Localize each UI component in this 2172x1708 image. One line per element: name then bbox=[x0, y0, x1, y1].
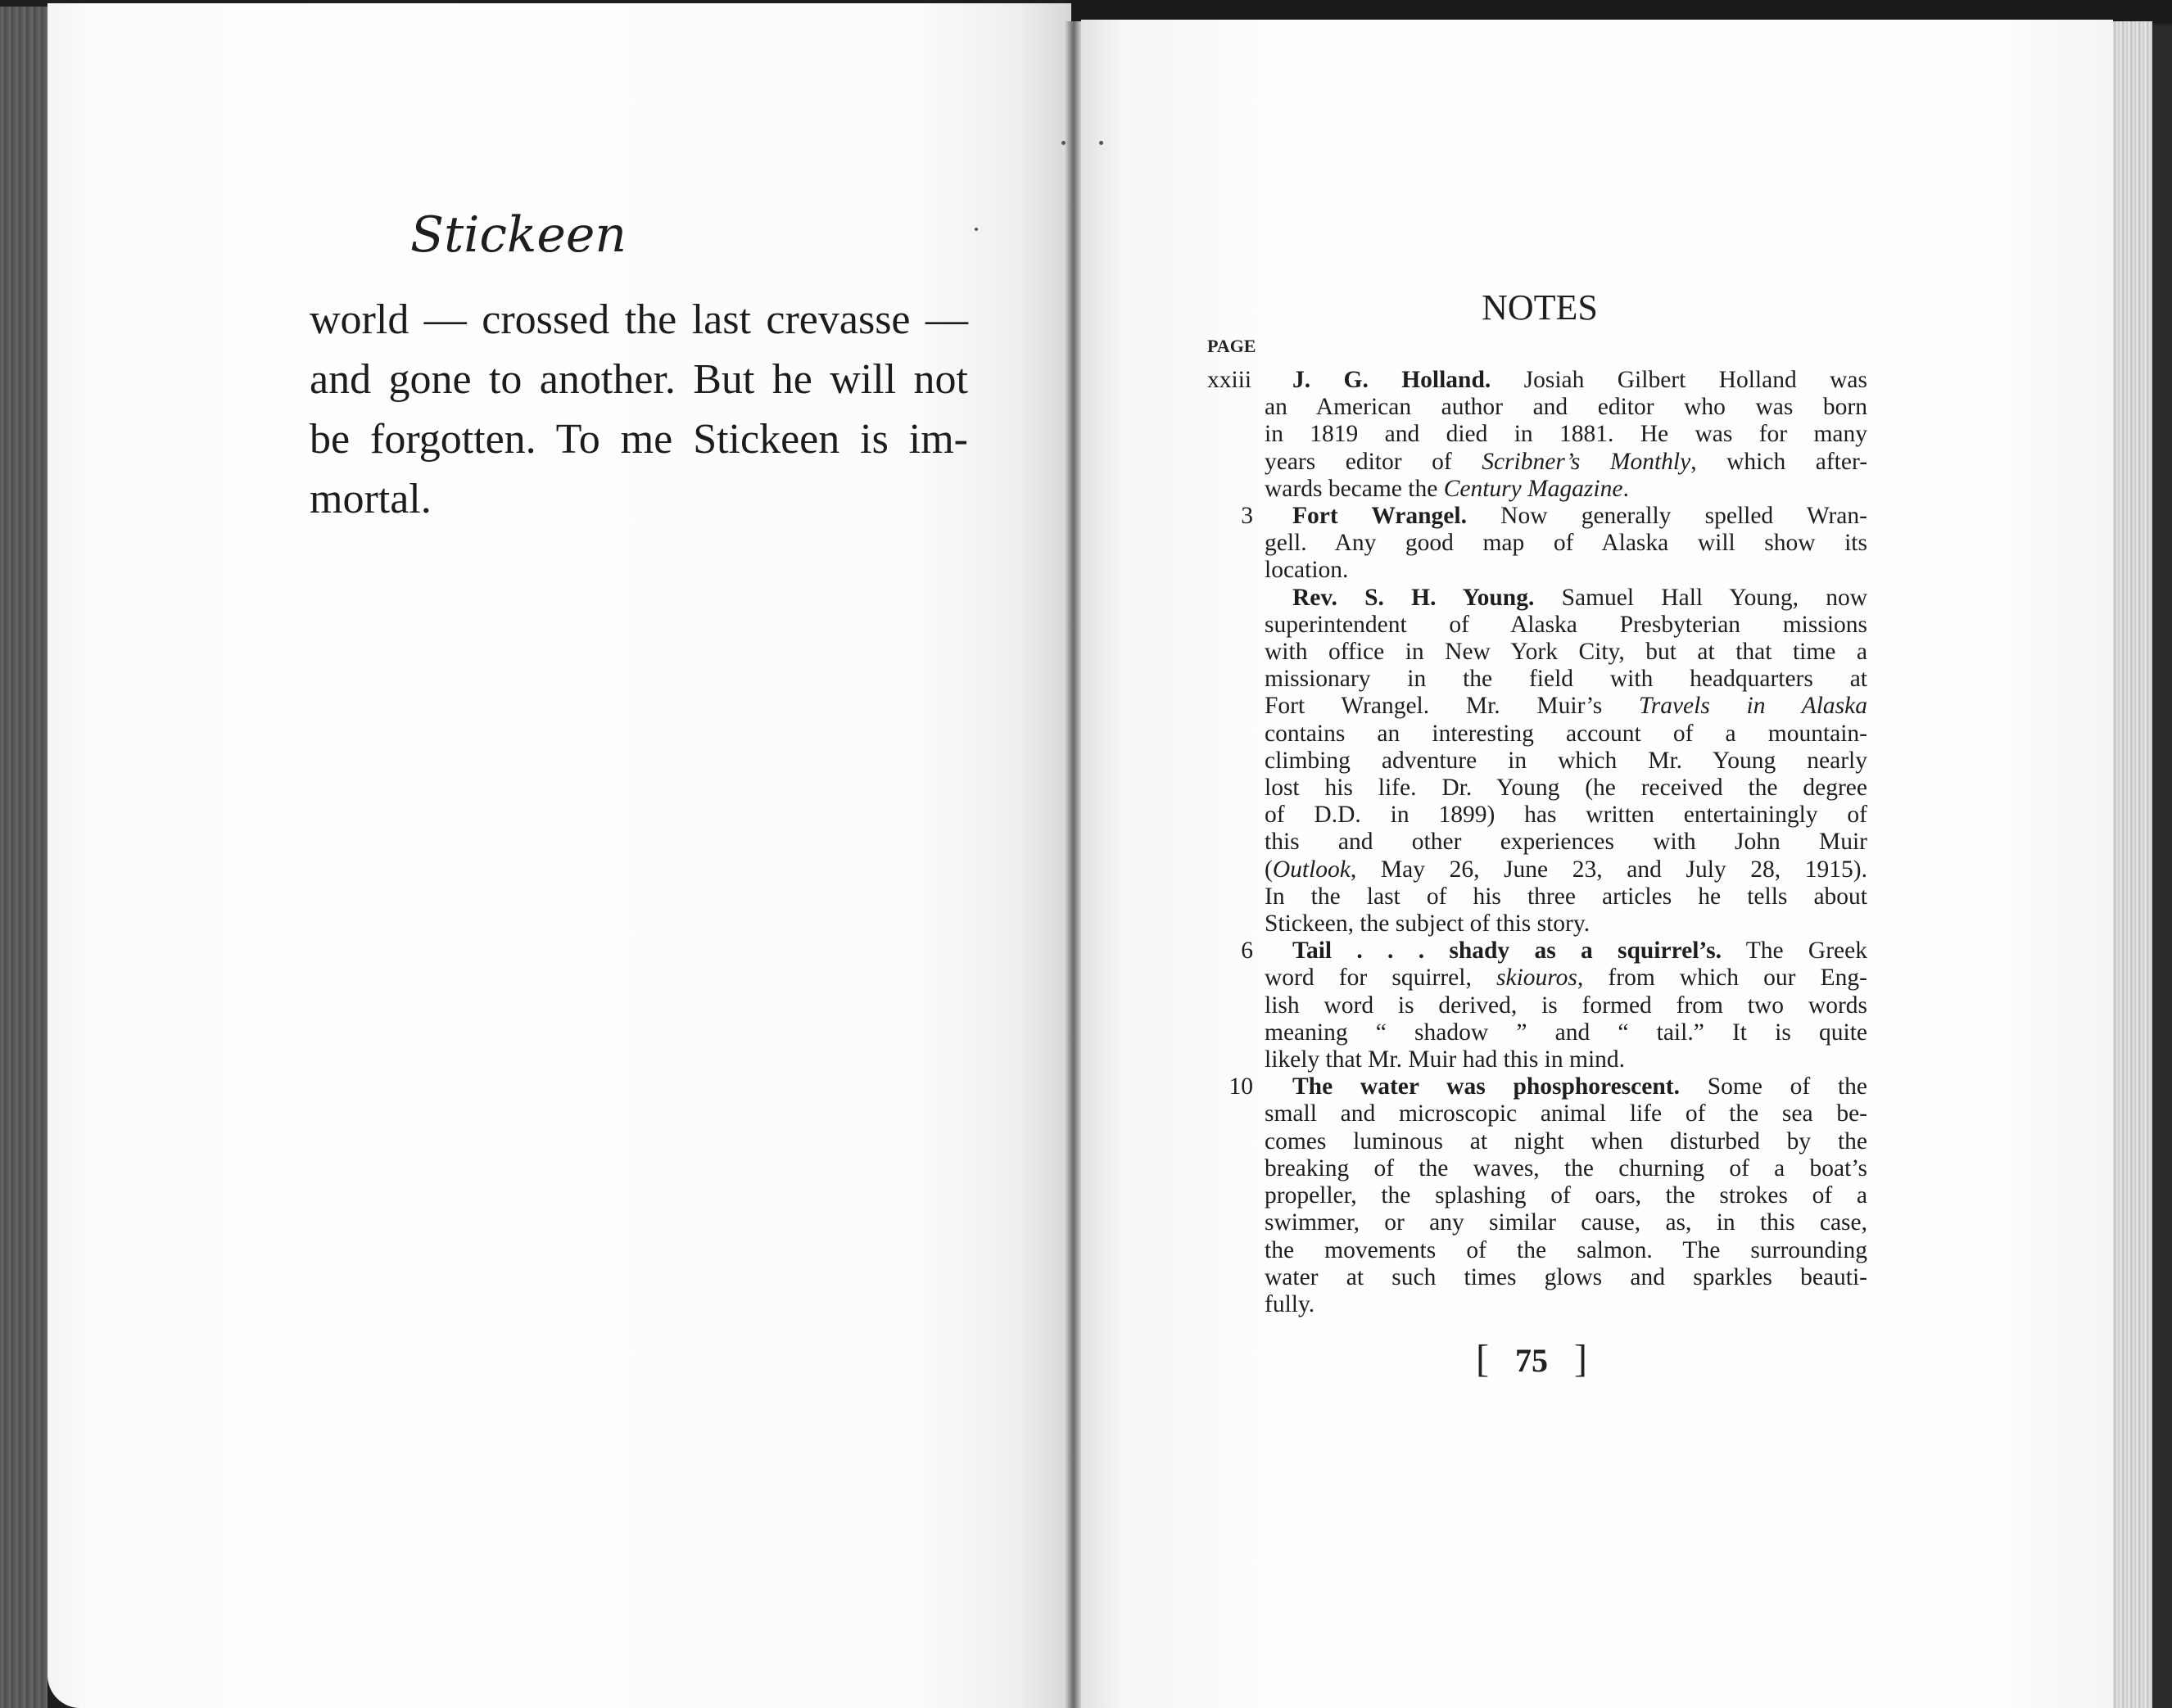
note-line: breaking of the waves, the churning of a… bbox=[1265, 1155, 1867, 1182]
note-line: lost his life. Dr. Young (he received th… bbox=[1265, 775, 1867, 802]
note-line: lish word is derived, is formed from two… bbox=[1265, 992, 1867, 1019]
note-text: In the last of his three articles he tel… bbox=[1265, 883, 1867, 910]
italic-title: skiouros bbox=[1496, 965, 1577, 991]
note-text: breaking of the waves, the churning of a… bbox=[1265, 1155, 1867, 1182]
note-text: Now generally spelled Wran- bbox=[1467, 503, 1867, 529]
note-line: The water was phosphorescent. Some of th… bbox=[1265, 1073, 1867, 1100]
note-line: word for squirrel, skiouros, from which … bbox=[1265, 965, 1867, 992]
note-page-ref: xxiii bbox=[1207, 367, 1253, 394]
note-text: this and other experiences with John Mui… bbox=[1265, 829, 1867, 855]
folio-close-bracket: ] bbox=[1574, 1337, 1587, 1380]
note-line: location. bbox=[1265, 557, 1867, 584]
story-line: and gone to another. But he will not bbox=[310, 350, 968, 409]
note-line: this and other experiences with John Mui… bbox=[1265, 829, 1867, 856]
note-heading: Rev. S. H. Young. bbox=[1292, 585, 1534, 611]
note-line: Rev. S. H. Young. Samuel Hall Young, now bbox=[1265, 585, 1867, 612]
note-line: Fort Wrangel. Mr. Muir’s Travels in Alas… bbox=[1265, 693, 1867, 720]
note-text: the movements of the salmon. The surroun… bbox=[1265, 1237, 1867, 1263]
note-line: propeller, the splashing of oars, the st… bbox=[1265, 1182, 1867, 1209]
note-text: water at such times glows and sparkles b… bbox=[1265, 1264, 1867, 1290]
folio-open-bracket: [ bbox=[1476, 1337, 1489, 1380]
story-line: world — crossed the last crevasse — bbox=[310, 290, 968, 350]
note-line: Stickeen, the subject of this story. bbox=[1265, 910, 1867, 938]
note-text: Samuel Hall Young, now bbox=[1534, 585, 1867, 611]
note-line: wards became the Century Magazine. bbox=[1265, 476, 1867, 503]
note-entry: 10The water was phosphorescent. Some of … bbox=[1207, 1073, 1867, 1318]
note-line: small and microscopic animal life of the… bbox=[1265, 1100, 1867, 1127]
note-entry: 6Tail . . . shady as a squirrel’s. The G… bbox=[1207, 938, 1867, 1073]
story-text: world — crossed the last crevasse — and … bbox=[310, 290, 968, 529]
page-number: [ 75 ] bbox=[1458, 1336, 1605, 1381]
note-entry: xxiiiJ. G. Holland. Josiah Gilbert Holla… bbox=[1207, 367, 1867, 503]
note-line: of D.D. in 1899) has written entertainin… bbox=[1265, 802, 1867, 829]
note-line: (Outlook, May 26, June 23, and July 28, … bbox=[1265, 856, 1867, 883]
note-text: contains an interesting account of a mou… bbox=[1265, 721, 1867, 747]
folio-number: 75 bbox=[1515, 1342, 1548, 1379]
note-text: ( bbox=[1265, 856, 1273, 883]
note-line: J. G. Holland. Josiah Gilbert Holland wa… bbox=[1265, 367, 1867, 394]
story-line: be forgotten. To me Stickeen is im- bbox=[310, 409, 968, 469]
note-text: . bbox=[1622, 476, 1628, 502]
note-text: gell. Any good map of Alaska will show i… bbox=[1265, 530, 1867, 556]
note-text: lost his life. Dr. Young (he received th… bbox=[1265, 775, 1867, 801]
italic-title: Scribner’s Monthly bbox=[1482, 449, 1690, 475]
note-text: Some of the bbox=[1680, 1073, 1867, 1100]
note-line: likely that Mr. Muir had this in mind. bbox=[1265, 1046, 1867, 1073]
note-line: superintendent of Alaska Presbyterian mi… bbox=[1265, 612, 1867, 639]
note-entry: 3Fort Wrangel. Now generally spelled Wra… bbox=[1207, 503, 1867, 585]
italic-title: Travels in Alaska bbox=[1639, 693, 1867, 719]
note-heading: Tail . . . shady as a squirrel’s. bbox=[1292, 938, 1722, 964]
note-line: in 1819 and died in 1881. He was for man… bbox=[1265, 421, 1867, 448]
paper-speck bbox=[1099, 141, 1103, 145]
note-entry: Rev. S. H. Young. Samuel Hall Young, now… bbox=[1207, 585, 1867, 938]
note-line: swimmer, or any similar cause, as, in th… bbox=[1265, 1209, 1867, 1236]
running-head: Stickeen bbox=[48, 206, 989, 264]
note-text: Fort Wrangel. Mr. Muir’s bbox=[1265, 693, 1639, 719]
note-line: meaning “ shadow ” and “ tail.” It is qu… bbox=[1265, 1019, 1867, 1046]
note-line: In the last of his three articles he tel… bbox=[1265, 883, 1867, 910]
note-text: swimmer, or any similar cause, as, in th… bbox=[1265, 1209, 1867, 1236]
note-text: wards became the bbox=[1265, 476, 1444, 502]
note-text: likely that Mr. Muir had this in mind. bbox=[1265, 1046, 1625, 1073]
book-spread: Stickeen world — crossed the last crevas… bbox=[0, 0, 2172, 1708]
note-text: climbing adventure in which Mr. Young ne… bbox=[1265, 748, 1867, 774]
note-text: , May 26, June 23, and July 28, 1915). bbox=[1351, 856, 1867, 883]
note-heading: The water was phosphorescent. bbox=[1292, 1073, 1680, 1100]
note-text: of D.D. in 1899) has written entertainin… bbox=[1265, 802, 1867, 828]
notes-title: NOTES bbox=[1392, 287, 1687, 328]
right-cover-edge bbox=[2152, 25, 2172, 1708]
note-line: fully. bbox=[1265, 1291, 1867, 1318]
note-page-ref: 10 bbox=[1207, 1073, 1253, 1100]
note-line: climbing adventure in which Mr. Young ne… bbox=[1265, 748, 1867, 775]
note-text: fully. bbox=[1265, 1291, 1315, 1317]
note-page-ref: 3 bbox=[1207, 503, 1253, 530]
note-text: propeller, the splashing of oars, the st… bbox=[1265, 1182, 1867, 1209]
note-line: missionary in the field with headquarter… bbox=[1265, 666, 1867, 693]
note-line: water at such times glows and sparkles b… bbox=[1265, 1264, 1867, 1291]
note-heading: Fort Wrangel. bbox=[1292, 503, 1467, 529]
note-text: in 1819 and died in 1881. He was for man… bbox=[1265, 421, 1867, 447]
note-text: comes luminous at night when disturbed b… bbox=[1265, 1128, 1867, 1154]
story-line: mortal. bbox=[310, 469, 968, 529]
right-page-block-edge bbox=[2113, 21, 2152, 1708]
note-heading: J. G. Holland. bbox=[1292, 367, 1491, 393]
note-text: with office in New York City, but at tha… bbox=[1265, 639, 1867, 665]
page-column-label: PAGE bbox=[1207, 336, 1256, 357]
note-text: lish word is derived, is formed from two… bbox=[1265, 992, 1867, 1019]
note-line: with office in New York City, but at tha… bbox=[1265, 639, 1867, 666]
notes-list: xxiiiJ. G. Holland. Josiah Gilbert Holla… bbox=[1207, 367, 1867, 1318]
note-text: small and microscopic animal life of the… bbox=[1265, 1100, 1867, 1127]
note-text: years editor of bbox=[1265, 449, 1482, 475]
note-text: , which after- bbox=[1690, 449, 1867, 475]
note-text: an American author and editor who was bo… bbox=[1265, 394, 1867, 420]
note-line: Fort Wrangel. Now generally spelled Wran… bbox=[1265, 503, 1867, 530]
note-text: Josiah Gilbert Holland was bbox=[1491, 367, 1867, 393]
note-text: The Greek bbox=[1722, 938, 1867, 964]
note-line: Tail . . . shady as a squirrel’s. The Gr… bbox=[1265, 938, 1867, 965]
note-line: comes luminous at night when disturbed b… bbox=[1265, 1128, 1867, 1155]
note-line: contains an interesting account of a mou… bbox=[1265, 721, 1867, 748]
italic-title: Outlook bbox=[1273, 856, 1351, 883]
note-text: , from which our Eng- bbox=[1577, 965, 1867, 991]
note-line: years editor of Scribner’s Monthly, whic… bbox=[1265, 449, 1867, 476]
note-text: superintendent of Alaska Presbyterian mi… bbox=[1265, 612, 1867, 638]
italic-title: Century Magazine bbox=[1444, 476, 1623, 502]
note-page-ref: 6 bbox=[1207, 938, 1253, 965]
book-gutter bbox=[1065, 21, 1081, 1708]
paper-speck bbox=[975, 228, 978, 231]
note-line: the movements of the salmon. The surroun… bbox=[1265, 1237, 1867, 1264]
note-text: missionary in the field with headquarter… bbox=[1265, 666, 1867, 692]
note-text: meaning “ shadow ” and “ tail.” It is qu… bbox=[1265, 1019, 1867, 1046]
paper-speck bbox=[1061, 141, 1066, 145]
note-line: an American author and editor who was bo… bbox=[1265, 394, 1867, 421]
note-text: Stickeen, the subject of this story. bbox=[1265, 910, 1590, 937]
note-text: word for squirrel, bbox=[1265, 965, 1496, 991]
note-line: gell. Any good map of Alaska will show i… bbox=[1265, 530, 1867, 557]
left-page-block-edge bbox=[0, 7, 48, 1708]
note-text: location. bbox=[1265, 557, 1348, 583]
